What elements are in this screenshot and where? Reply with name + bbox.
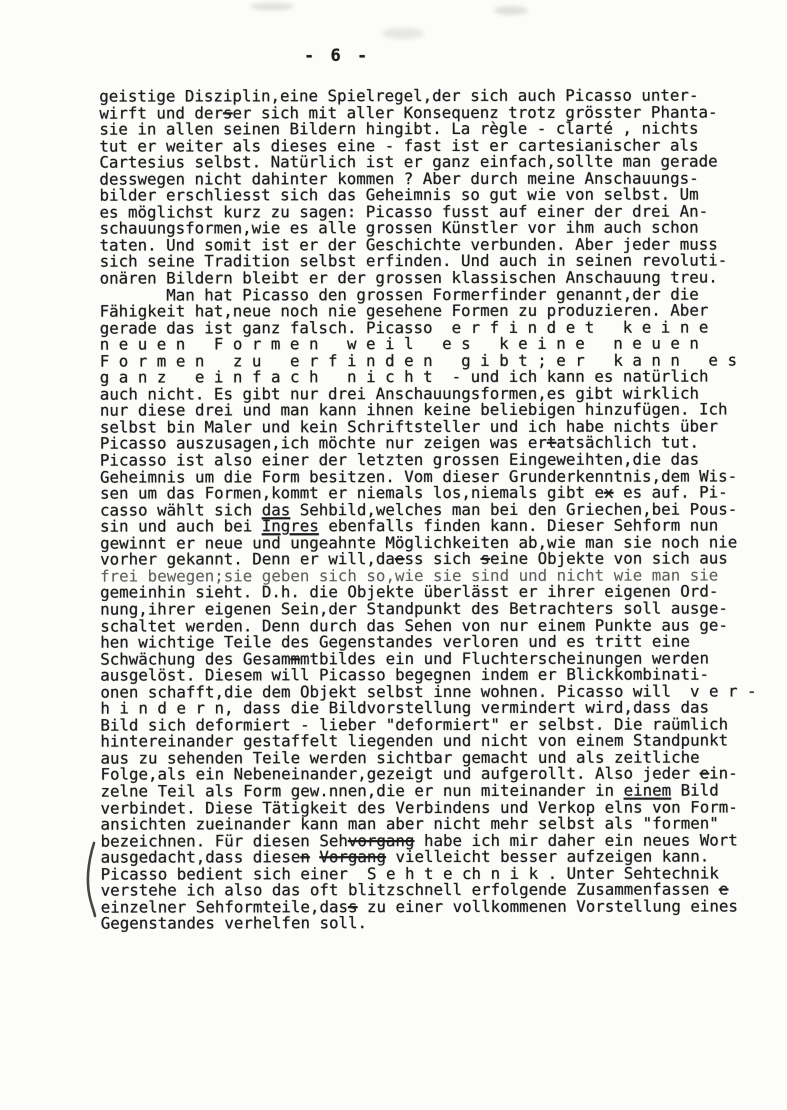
text-segment: zu einer vollkommenen Vorstellung eines — [357, 896, 737, 916]
text-line: Gegenstandes verhelfen soll. — [101, 915, 781, 933]
scan-smudge — [250, 3, 294, 10]
document-lines: geistige Disziplin,eine Spielregel,der s… — [99, 87, 780, 932]
document-page: - 6 - geistige Disziplin,eine Spielregel… — [0, 0, 787, 1110]
scan-smudge — [494, 6, 528, 15]
text-segment: Gegenstandes verhelfen soll. — [101, 913, 367, 932]
scan-smudge — [382, 28, 424, 39]
page-number: - 6 - — [304, 46, 370, 66]
